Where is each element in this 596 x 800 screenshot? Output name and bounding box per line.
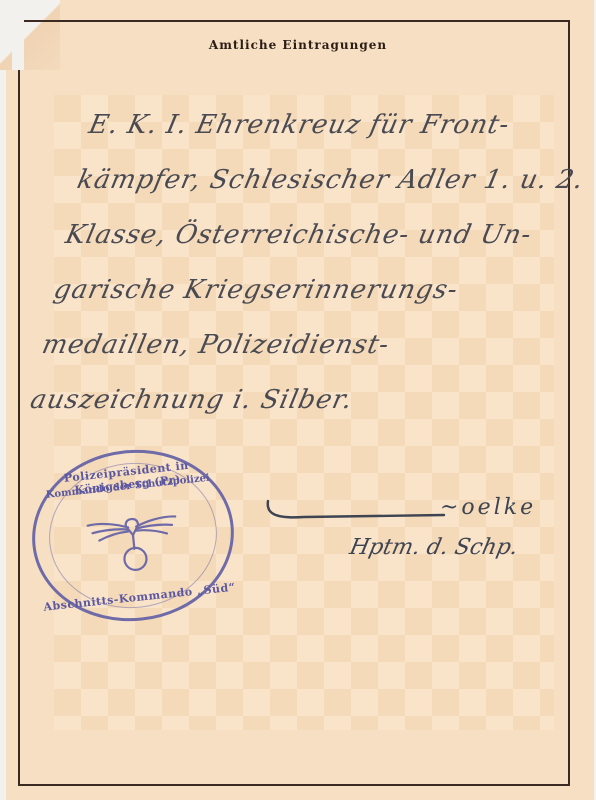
entry-line: auszeichnung i. Silber. [25, 373, 547, 428]
entry-line: garische Kriegserinnerungs- [48, 263, 570, 318]
eagle-emblem-icon [82, 500, 185, 580]
signature: ~oelke [440, 495, 536, 522]
signatory-rank: Hptm. d. Schp. [347, 535, 520, 560]
entry-line: E. K. I. Ehrenkreuz für Front- [83, 98, 596, 153]
handwritten-entry: E. K. I. Ehrenkreuz für Front- kämpfer, … [25, 98, 596, 428]
entry-line: medaillen, Polizeidienst- [37, 318, 559, 373]
entry-line: Klasse, Österreichische- und Un- [60, 208, 582, 263]
entry-line: kämpfer, Schlesischer Adler 1. u. 2. [72, 153, 594, 208]
page-title: Amtliche Eintragungen [0, 38, 596, 52]
